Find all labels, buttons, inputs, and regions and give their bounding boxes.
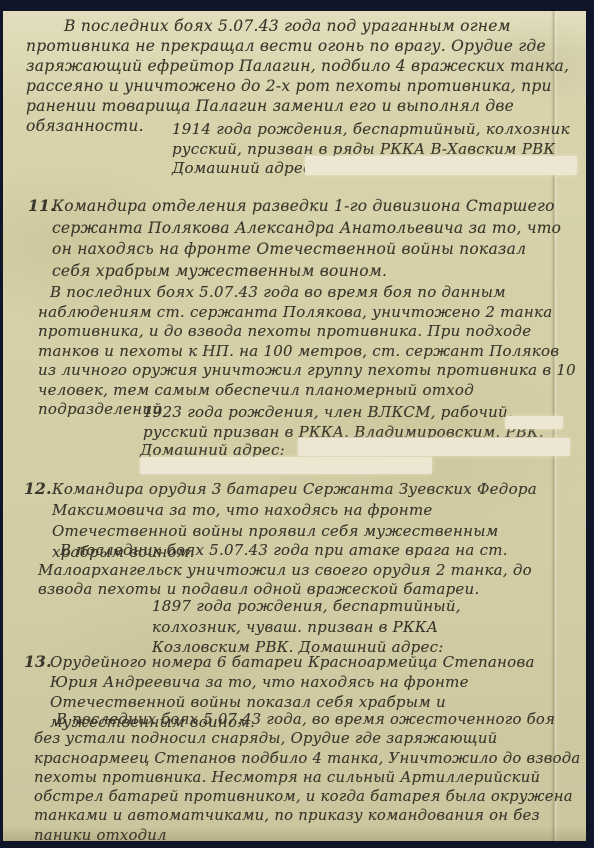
- redacted-area: [505, 416, 563, 429]
- continuation-address-label: Домашний адрес:: [172, 159, 317, 177]
- entry-13-citation-text: В последних боях 5.07.43 года, во время …: [34, 710, 582, 845]
- entry-12-number: 12.: [24, 479, 52, 498]
- entry-11-citation-text: В последних боях 5.07.43 года во время б…: [38, 283, 580, 420]
- redacted-address-area: [140, 457, 432, 474]
- scanned-paper-page: В последних боях 5.07.43 года под ураган…: [3, 11, 586, 841]
- continuation-citation-text: В последних боях 5.07.43 года под ураган…: [26, 16, 578, 136]
- entry-12-bio-text: 1897 года рождения, беспартийный, колхоз…: [152, 596, 524, 658]
- redacted-address-area: [305, 156, 577, 175]
- entry-11-title-text: Командира отделения разведки 1-го дивизи…: [52, 196, 562, 282]
- continuation-bio-text: 1914 года рождения, беспартийный, колхоз…: [172, 120, 574, 159]
- entry-13-number: 13.: [24, 652, 52, 671]
- redacted-address-area: [298, 438, 570, 456]
- entry-12-citation-text: В последних боях 5.07.43 года при атаке …: [38, 541, 570, 600]
